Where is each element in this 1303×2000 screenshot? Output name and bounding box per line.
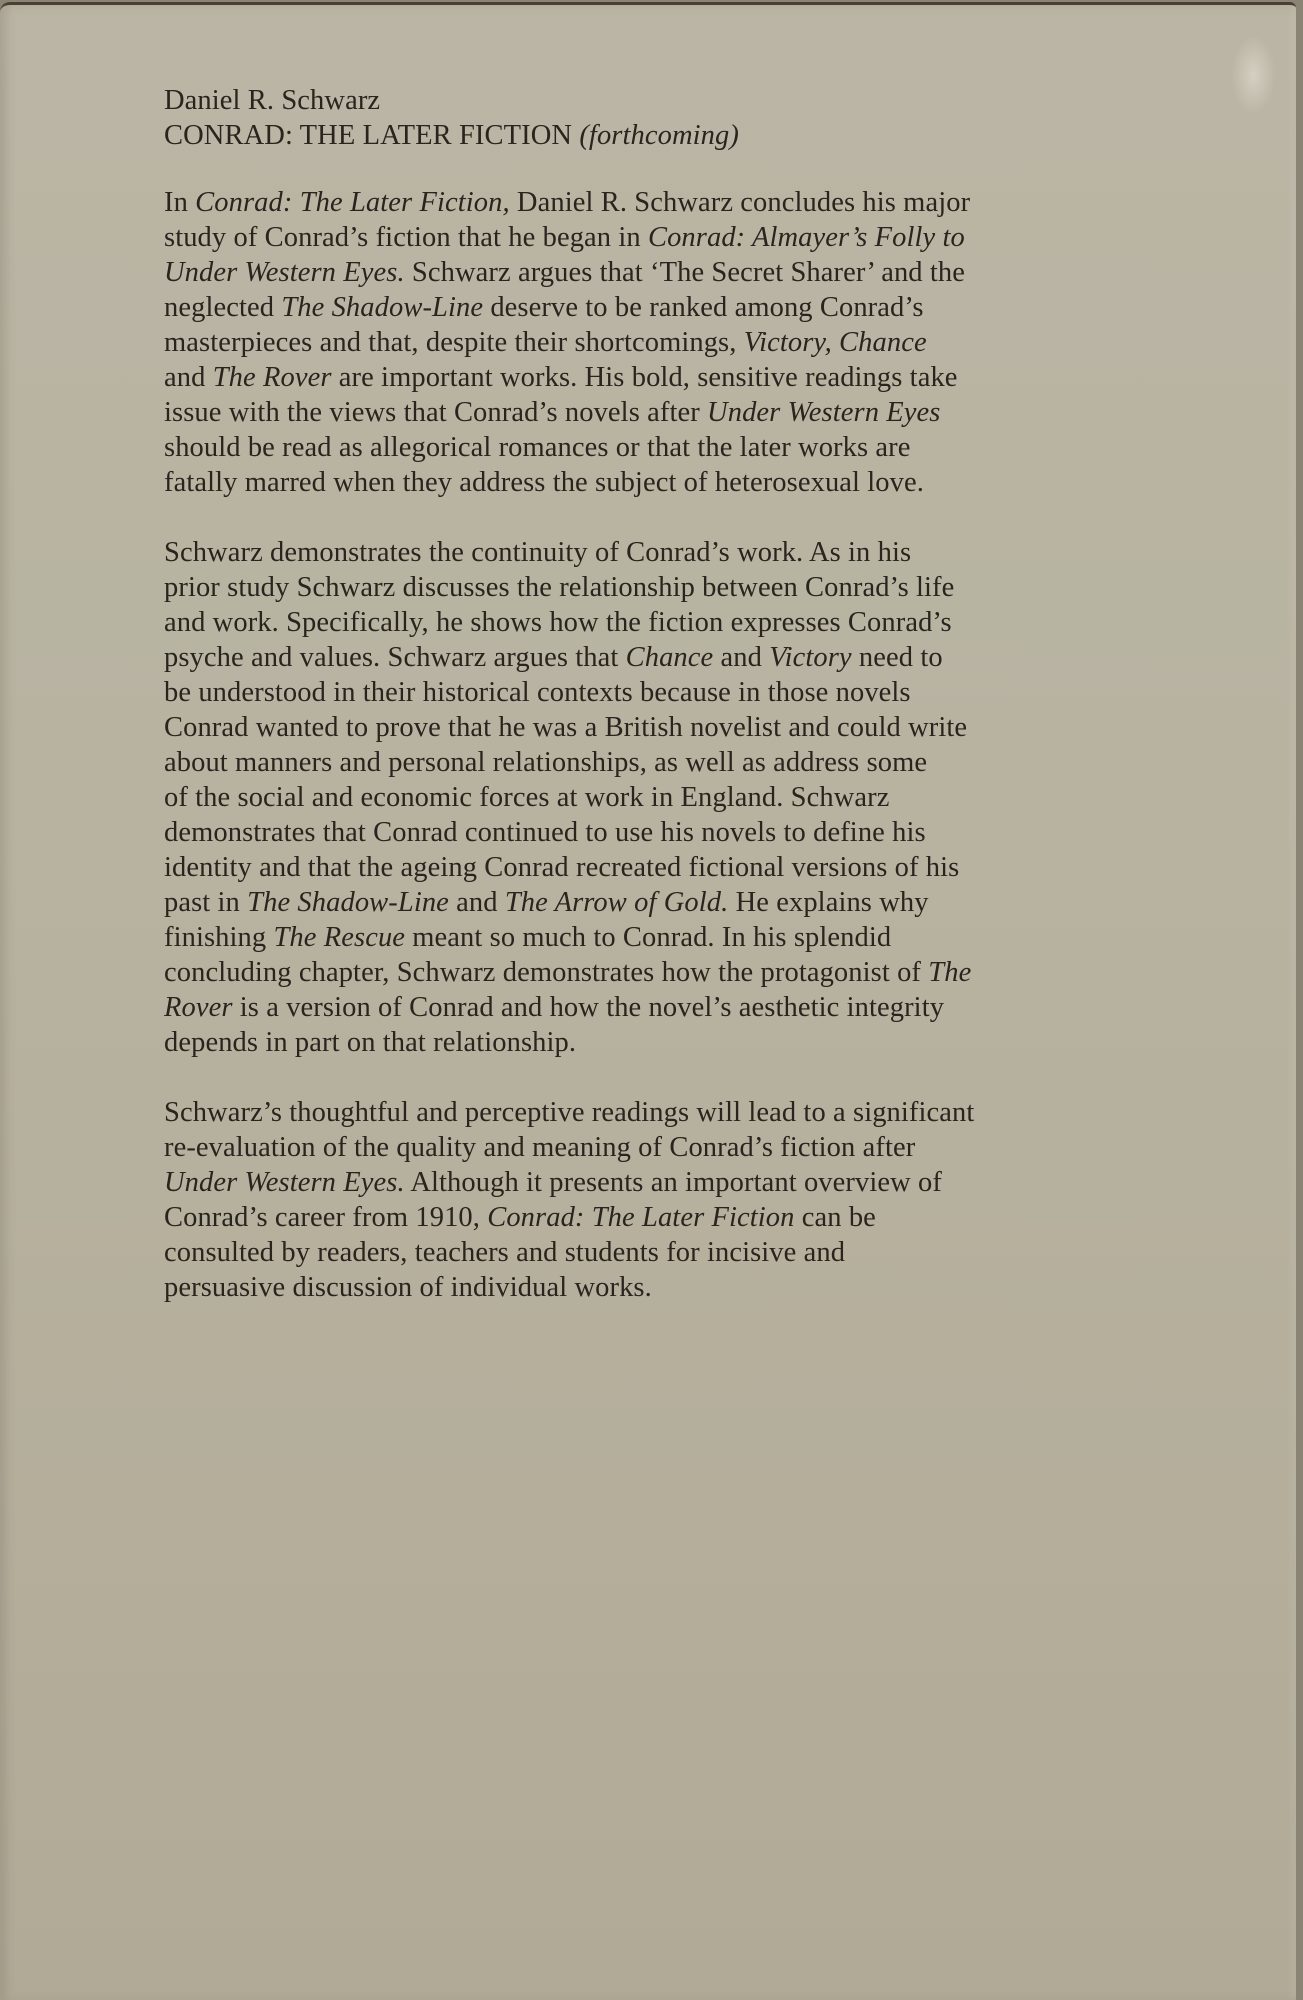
text-line: and work. Specifically, he shows how the… [164, 605, 1174, 640]
text-line: concluding chapter, Schwarz demonstrates… [164, 955, 1174, 990]
text-segment: issue with the views that Conrad’s novel… [164, 397, 707, 428]
text-line: Conrad’s career from 1910, Conrad: The L… [164, 1200, 1174, 1235]
text-segment: fatally marred when they address the sub… [164, 467, 924, 498]
text-segment: depends in part on that relationship. [164, 1027, 576, 1058]
light-glare [1231, 35, 1276, 115]
text-line: persuasive discussion of individual work… [164, 1270, 1174, 1305]
text-line: Schwarz’s thoughtful and perceptive read… [164, 1095, 1174, 1130]
publication-status: (forthcoming) [579, 120, 739, 151]
italic-title: Conrad: The Later Fiction [487, 1202, 794, 1233]
text-line: fatally marred when they address the sub… [164, 465, 1174, 500]
italic-title: Chance [626, 642, 714, 673]
text-line: demonstrates that Conrad continued to us… [164, 815, 1174, 850]
text-line: past in The Shadow-Line and The Arrow of… [164, 885, 1174, 920]
text-segment: Schwarz’s thoughtful and perceptive read… [164, 1097, 974, 1128]
book-back-cover: Daniel R. Schwarz CONRAD: THE LATER FICT… [0, 2, 1296, 2000]
text-line: identity and that the ageing Conrad recr… [164, 850, 1174, 885]
text-segment: is a version of Conrad and how the novel… [233, 992, 945, 1023]
text-line: about manners and personal relationships… [164, 745, 1174, 780]
text-segment: finishing [164, 922, 273, 953]
text-line: psyche and values. Schwarz argues that C… [164, 640, 1174, 675]
author-name: Daniel R. Schwarz [164, 83, 1174, 118]
text-segment: In [164, 187, 195, 218]
italic-title: Under Western Eyes. [164, 1167, 405, 1198]
description-paragraph-3: Schwarz’s thoughtful and perceptive read… [164, 1095, 1174, 1305]
text-segment: psyche and values. Schwarz argues that [164, 642, 626, 673]
italic-title: The Rescue [273, 922, 405, 953]
text-segment: of the social and economic forces at wor… [164, 782, 889, 813]
text-line: Under Western Eyes. Although it presents… [164, 1165, 1174, 1200]
text-segment: persuasive discussion of individual work… [164, 1272, 652, 1303]
book-title-line: CONRAD: THE LATER FICTION (forthcoming) [164, 118, 1174, 153]
text-line: depends in part on that relationship. [164, 1025, 1174, 1060]
text-segment: masterpieces and that, despite their sho… [164, 327, 744, 358]
text-segment: be understood in their historical contex… [164, 677, 911, 708]
cover-text: Daniel R. Schwarz CONRAD: THE LATER FICT… [164, 83, 1174, 1340]
text-line: Conrad wanted to prove that he was a Bri… [164, 710, 1174, 745]
italic-title: Conrad: Almayer’s Folly to [648, 222, 965, 253]
description-paragraph-1: In Conrad: The Later Fiction, Daniel R. … [164, 185, 1174, 500]
italic-title: Victory, Chance [744, 327, 927, 358]
italic-title: The [928, 957, 971, 988]
text-line: and The Rover are important works. His b… [164, 360, 1174, 395]
text-segment: He explains why [728, 887, 928, 918]
italic-title: The Shadow-Line [247, 887, 449, 918]
italic-title: Rover [164, 992, 233, 1023]
italic-title: Conrad: The Later Fiction, [195, 187, 510, 218]
text-segment: should be read as allegorical romances o… [164, 432, 911, 463]
text-line: Rover is a version of Conrad and how the… [164, 990, 1174, 1025]
text-line: masterpieces and that, despite their sho… [164, 325, 1174, 360]
text-segment: Schwarz argues that ‘The Secret Sharer’ … [405, 257, 965, 288]
text-segment: demonstrates that Conrad continued to us… [164, 817, 926, 848]
text-segment: study of Conrad’s fiction that he began … [164, 222, 648, 253]
text-line: issue with the views that Conrad’s novel… [164, 395, 1174, 430]
text-segment: concluding chapter, Schwarz demonstrates… [164, 957, 928, 988]
text-segment: and work. Specifically, he shows how the… [164, 607, 952, 638]
italic-title: Victory [769, 642, 851, 673]
text-line: re-evaluation of the quality and meaning… [164, 1130, 1174, 1165]
text-line: study of Conrad’s fiction that he began … [164, 220, 1174, 255]
text-line: consulted by readers, teachers and stude… [164, 1235, 1174, 1270]
text-segment: about manners and personal relationships… [164, 747, 927, 778]
book-title: CONRAD: THE LATER FICTION [164, 120, 572, 151]
text-segment: consulted by readers, teachers and stude… [164, 1237, 845, 1268]
italic-title: The Rover [213, 362, 332, 393]
text-segment: and [713, 642, 769, 673]
text-line: should be read as allegorical romances o… [164, 430, 1174, 465]
text-line: In Conrad: The Later Fiction, Daniel R. … [164, 185, 1174, 220]
text-segment: Conrad wanted to prove that he was a Bri… [164, 712, 967, 743]
text-segment: Daniel R. Schwarz concludes his major [510, 187, 970, 218]
text-line: finishing The Rescue meant so much to Co… [164, 920, 1174, 955]
italic-title: Under Western Eyes. [164, 257, 405, 288]
heading-block: Daniel R. Schwarz CONRAD: THE LATER FICT… [164, 83, 1174, 153]
text-segment: Although it presents an important overvi… [405, 1167, 942, 1198]
text-line: Schwarz demonstrates the continuity of C… [164, 535, 1174, 570]
text-segment: meant so much to Conrad. In his splendid [405, 922, 891, 953]
italic-title: The Shadow-Line [281, 292, 483, 323]
text-segment: prior study Schwarz discusses the relati… [164, 572, 954, 603]
text-line: of the social and economic forces at wor… [164, 780, 1174, 815]
italic-title: The Arrow of Gold. [505, 887, 729, 918]
description-paragraph-2: Schwarz demonstrates the continuity of C… [164, 535, 1174, 1060]
text-segment: can be [795, 1202, 876, 1233]
text-segment: are important works. His bold, sensitive… [332, 362, 958, 393]
text-segment: identity and that the ageing Conrad recr… [164, 852, 959, 883]
text-line: prior study Schwarz discusses the relati… [164, 570, 1174, 605]
text-line: neglected The Shadow-Line deserve to be … [164, 290, 1174, 325]
text-segment: and [164, 362, 213, 393]
text-segment: and [449, 887, 505, 918]
text-segment: Schwarz demonstrates the continuity of C… [164, 537, 911, 568]
text-line: be understood in their historical contex… [164, 675, 1174, 710]
text-segment: re-evaluation of the quality and meaning… [164, 1132, 915, 1163]
text-segment: deserve to be ranked among Conrad’s [483, 292, 923, 323]
text-segment: Conrad’s career from 1910, [164, 1202, 487, 1233]
text-segment: past in [164, 887, 247, 918]
text-segment: neglected [164, 292, 281, 323]
text-segment: need to [852, 642, 943, 673]
italic-title: Under Western Eyes [707, 397, 940, 428]
description-body: In Conrad: The Later Fiction, Daniel R. … [164, 185, 1174, 1305]
text-line: Under Western Eyes. Schwarz argues that … [164, 255, 1174, 290]
